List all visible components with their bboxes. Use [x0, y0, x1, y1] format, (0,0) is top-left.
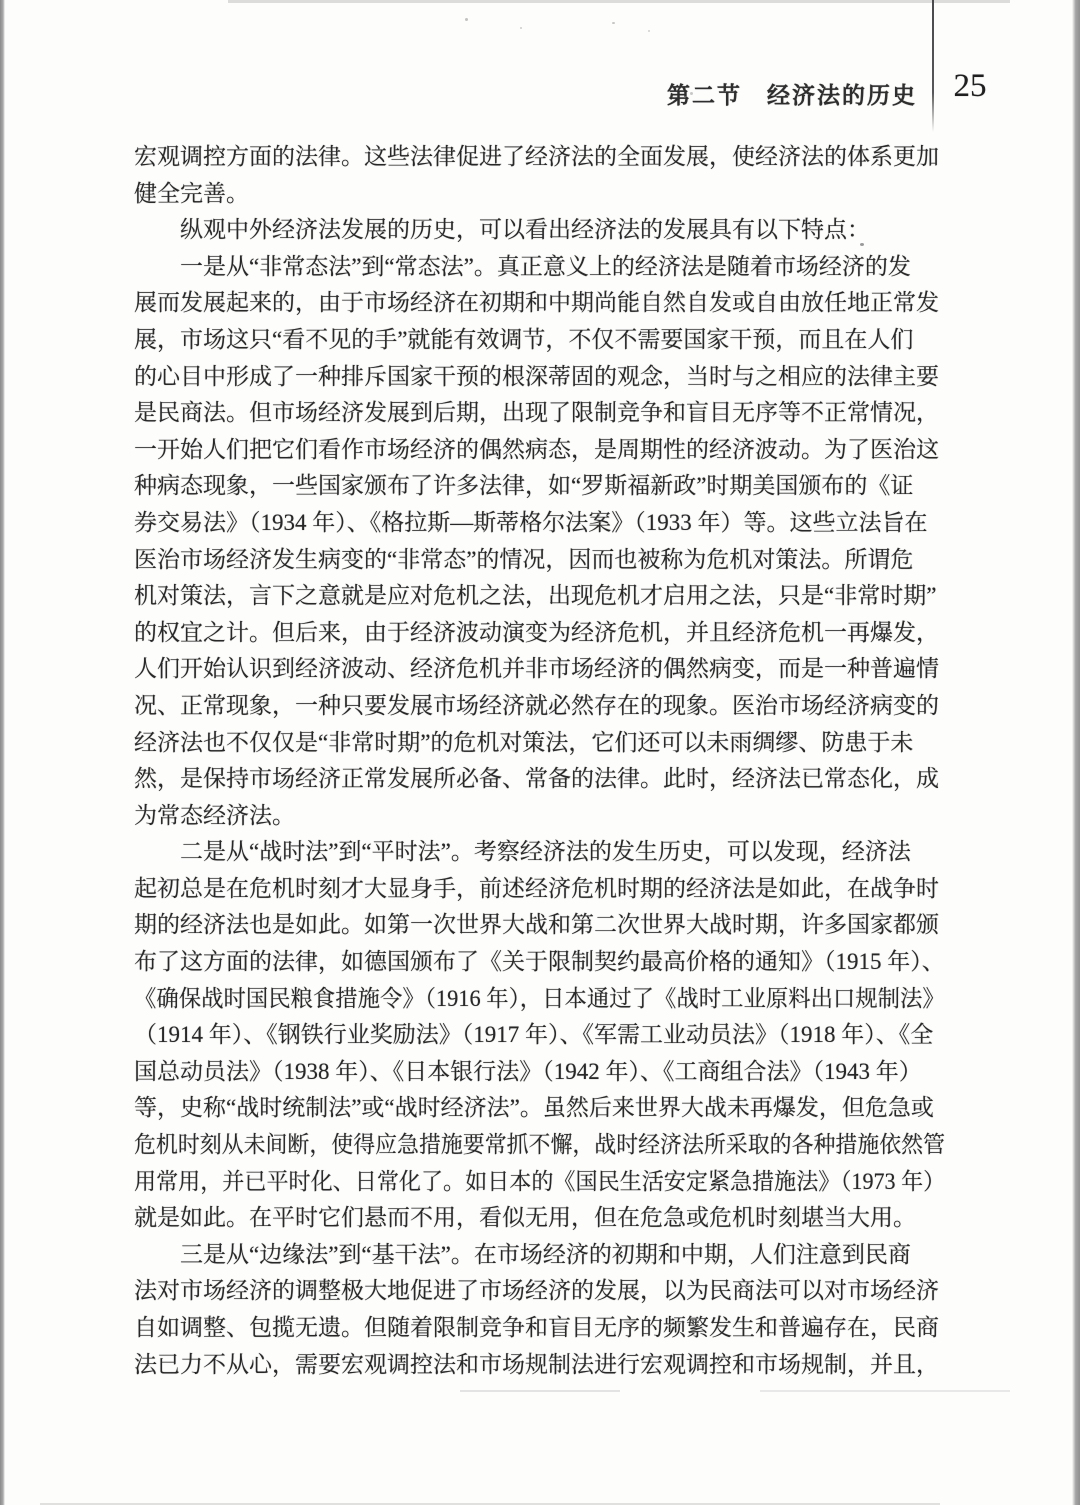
header-divider	[932, 0, 934, 132]
text-line: 展，市场这只“看不见的手”就能有效调节，不仅不需要国家干预，而且在人们	[134, 322, 945, 359]
scanned-book-page: 第二节 经济法的历史 25 宏观调控方面的法律。这些法律促进了经济法的全面发展，…	[0, 0, 1080, 1505]
text-line: 二是从“战时法”到“平时法”。考察经济法的发生历史，可以发现，经济法	[134, 834, 945, 871]
text-line: 法已力不从心，需要宏观调控法和市场规制法进行宏观调控和市场规制，并且，	[134, 1347, 945, 1384]
text-line: 宏观调控方面的法律。这些法律促进了经济法的全面发展，使经济法的体系更加	[134, 139, 945, 176]
text-line: 然，是保持市场经济正常发展所必备、常备的法律。此时，经济法已常态化，成	[134, 761, 945, 798]
text-line: 就是如此。在平时它们悬而不用，看似无用，但在危急或危机时刻堪当大用。	[134, 1200, 945, 1237]
text-line: （1914 年）、《钢铁行业奖励法》（1917 年）、《军需工业动员法》（191…	[134, 1017, 945, 1054]
text-line: 纵观中外经济法发展的历史，可以看出经济法的发展具有以下特点：	[134, 212, 945, 249]
text-line: 一是从“非常态法”到“常态法”。真正意义上的经济法是随着市场经济的发	[134, 249, 945, 286]
text-line: 国总动员法》（1938 年）、《日本银行法》（1942 年）、《工商组合法》（1…	[134, 1054, 945, 1091]
scan-speck	[760, 1390, 1010, 1392]
text-line: 医治市场经济发生病变的“非常态”的情况，因而也被称为危机对策法。所谓危	[134, 542, 945, 579]
scan-speck	[460, 1390, 620, 1392]
text-line: 为常态经济法。	[134, 798, 945, 835]
text-line: 人们开始认识到经济波动、经济危机并非市场经济的偶然病变，而是一种普遍情	[134, 651, 945, 688]
text-line: 《确保战时国民粮食措施令》（1916 年），日本通过了《战时工业原料出口规制法》	[134, 981, 923, 1018]
page-edge-top-shadow	[228, 0, 1010, 3]
text-line: 机对策法，言下之意就是应对危机之法，出现危机才启用之法，只是“非常时期”	[134, 578, 945, 615]
text-line: 健全完善。	[134, 176, 945, 213]
page-edge-right-shadow	[1072, 0, 1080, 1505]
text-line: 等，史称“战时统制法”或“战时经济法”。虽然后来世界大战未再爆发，但危急或	[134, 1090, 945, 1127]
text-line: 期的经济法也是如此。如第一次世界大战和第二次世界大战时期，许多国家都颁	[134, 907, 945, 944]
scan-speck	[612, 22, 615, 24]
body-text: 宏观调控方面的法律。这些法律促进了经济法的全面发展，使经济法的体系更加健全完善。…	[134, 139, 945, 1383]
text-line: 的心目中形成了一种排斥国家干预的根深蒂固的观念，当时与之相应的法律主要	[134, 359, 945, 396]
scan-speck	[690, 92, 693, 95]
text-line: 用常用，并已平时化、日常化了。如日本的《国民生活安定紧急措施法》（1973 年）	[134, 1164, 912, 1201]
scan-speck	[648, 30, 650, 32]
text-line: 危机时刻从未间断，使得应急措施要常抓不懈，战时经济法所采取的各种措施依然管	[134, 1127, 907, 1164]
page-number: 25	[940, 68, 1000, 105]
text-line: 种病态现象，一些国家颁布了许多法律，如“罗斯福新政”时期美国颁布的《证	[134, 468, 945, 505]
text-line: 经济法也不仅仅是“非常时期”的危机对策法，它们还可以未雨绸缪、防患于未	[134, 725, 945, 762]
text-line: 起初总是在危机时刻才大显身手，前述经济危机时期的经济法是如此，在战争时	[134, 871, 945, 908]
page-edge-left-shadow	[0, 0, 5, 1505]
scan-speck	[465, 18, 468, 21]
section-title: 第二节 经济法的历史	[667, 77, 917, 110]
text-line: 是民商法。但市场经济发展到后期，出现了限制竞争和盲目无序等不正常情况，	[134, 395, 945, 432]
text-line: 券交易法》（1934 年）、《格拉斯—斯蒂格尔法案》（1933 年）等。这些立法…	[134, 505, 945, 542]
text-line: 法对市场经济的调整极大地促进了市场经济的发展，以为民商法可以对市场经济	[134, 1273, 945, 1310]
text-line: 布了这方面的法律，如德国颁布了《关于限制契约最高价格的通知》（1915 年）、	[134, 944, 945, 981]
scan-speck	[860, 243, 864, 246]
text-line: 自如调整、包揽无遗。但随着限制竞争和盲目无序的频繁发生和普遍存在，民商	[134, 1310, 945, 1347]
text-line: 况、正常现象，一种只要发展市场经济就必然存在的现象。医治市场经济病变的	[134, 688, 945, 725]
text-line: 一开始人们把它们看作市场经济的偶然病态，是周期性的经济波动。为了医治这	[134, 432, 945, 469]
scan-speck	[520, 27, 522, 29]
text-line: 的权宜之计。但后来，由于经济波动演变为经济危机，并且经济危机一再爆发，	[134, 615, 945, 652]
text-line: 三是从“边缘法”到“基干法”。在市场经济的初期和中期，人们注意到民商	[134, 1237, 945, 1274]
text-line: 展而发展起来的，由于市场经济在初期和中期尚能自然自发或自由放任地正常发	[134, 285, 945, 322]
